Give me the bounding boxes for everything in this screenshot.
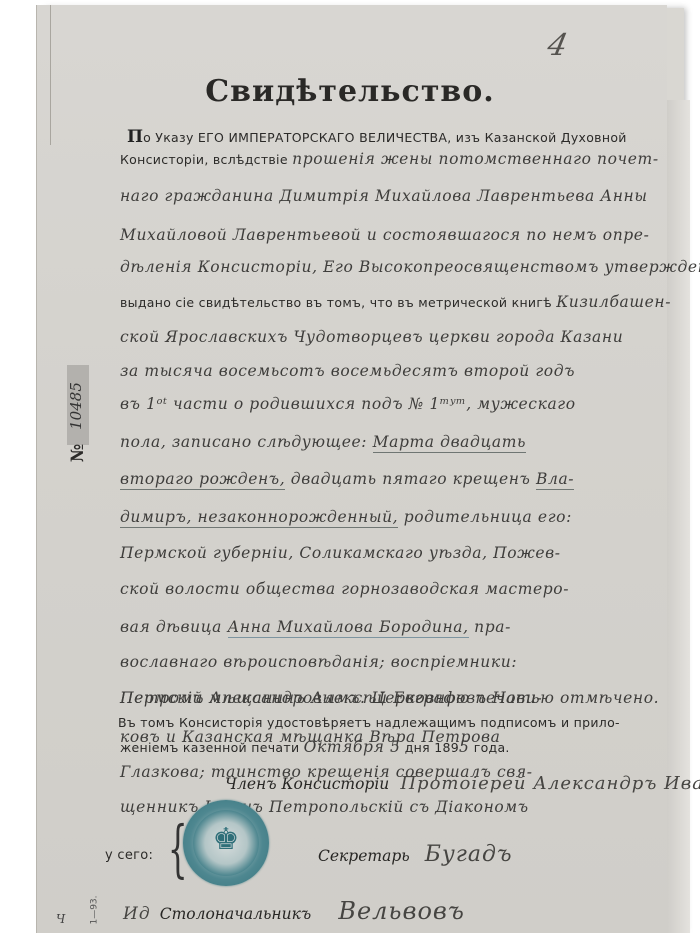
secretary-row: Секретарь Бугадъ (318, 842, 513, 867)
clerk-row: Ид Столоначальникъ Вельвовъ (123, 897, 465, 925)
printed-text: года. (469, 740, 509, 755)
consistory-member-row: Членъ Консисторіи Протоіерей Александръ … (225, 773, 700, 794)
text-line: вая дѣвица Анна Михайлова Бородина, пра- (120, 617, 511, 636)
document-title: Свидѣтельство. (0, 74, 700, 109)
consistory-member-label: Членъ Консисторіи (225, 775, 389, 793)
text-line: втораго рожденъ, двадцать пятаго крещенъ… (120, 469, 574, 488)
handwritten-text: Марта двадцать (373, 433, 526, 453)
text-line: ской волости общества горнозаводская мас… (120, 579, 569, 598)
secretary-label: Секретарь (318, 847, 410, 865)
registry-number-sign: № (68, 437, 88, 469)
consistory-seal: ♚ (183, 800, 269, 886)
text-line: въ 1ᵒᵗ части о родившихся подъ № 1ᵐʸᵐ, м… (120, 394, 576, 413)
text-line: Михайловой Лаврентьевой и состоявшагося … (120, 225, 649, 244)
handwritten-text: вославнаго вѣроисповѣданія; воспріемники… (120, 653, 517, 671)
handwritten-text: прошенія жены потомственнаго почет- (292, 150, 659, 168)
handwritten-text: Михайловой Лаврентьевой и состоявшагося … (120, 226, 649, 244)
clerk-prefix: Ид (123, 904, 151, 924)
text-line: дѣленія Консисторіи, Его Высокопреосвяще… (120, 257, 700, 276)
handwritten-text: вая дѣвица (120, 618, 228, 636)
double-headed-eagle-icon: ♚ (183, 822, 269, 857)
text-line: за тысяча восемьсотъ восемьдесятъ второй… (120, 361, 575, 380)
handwritten-text: 5 (459, 738, 469, 756)
handwritten-text: двадцать пятаго крещенъ (285, 470, 536, 488)
text-line: По Указу ЕГО ИМПЕРАТОРСКАГО ВЕЛИЧЕСТВА, … (127, 127, 627, 147)
printed-text: Въ томъ Консисторія удостовѣряетъ надлеж… (118, 715, 620, 730)
printed-text: П (127, 127, 143, 147)
handwritten-text: родительница его: (398, 508, 572, 526)
text-line: наго гражданина Димитрія Михайлова Лавре… (120, 186, 648, 205)
attest-label: у сего: (105, 848, 153, 863)
text-line: пола, записано слѣдующее: Марта двадцать (120, 432, 526, 451)
title-text: Свидѣтельство. (205, 74, 494, 109)
handwritten-text: Петромъ Александровымъ. Церковною печать… (120, 689, 659, 707)
text-line: Петромъ Александровымъ. Церковною печать… (120, 688, 659, 707)
text-line: димиръ, незаконнорожденный, родительница… (120, 507, 572, 526)
text-line: женіемъ казенной печати Октября 5 дня 18… (120, 737, 510, 756)
registry-number: 10485 (67, 376, 89, 436)
clerk-label: Столоначальникъ (160, 905, 312, 923)
margin-note: 1—93. (90, 895, 100, 924)
printed-text: выдано сіе свидѣтельство въ томъ, что въ… (120, 295, 556, 310)
clerk-signature: Вельвовъ (338, 897, 465, 925)
handwritten-text: за тысяча восемьсотъ восемьдесятъ второй… (120, 362, 575, 380)
handwritten-text: пола, записано слѣдующее: (120, 433, 373, 451)
text-line: вославнаго вѣроисповѣданія; воспріемники… (120, 652, 517, 671)
text-line: Консисторіи, вслѣдствіе прошенія жены по… (120, 149, 659, 168)
printed-text: Консисторіи, вслѣдствіе (120, 152, 292, 167)
margin-note-handwritten: Ч (56, 912, 65, 926)
handwritten-text: въ 1ᵒᵗ части о родившихся подъ № 1ᵐʸᵐ, м… (120, 395, 576, 413)
handwritten-text: ской Ярославскихъ Чудотворцевъ церкви го… (120, 328, 623, 346)
text-line: Въ томъ Консисторія удостовѣряетъ надлеж… (118, 712, 620, 731)
handwritten-text: Пермской губерніи, Соликамскаго уѣзда, П… (120, 544, 561, 562)
text-line: ской Ярославскихъ Чудотворцевъ церкви го… (120, 327, 623, 346)
consistory-member-signature: Протоіерей Александръ Ивановъ (400, 773, 700, 794)
text-line: Пермской губерніи, Соликамскаго уѣзда, П… (120, 543, 561, 562)
printed-text: дня 189 (400, 740, 459, 755)
printed-text: женіемъ казенной печати (120, 740, 304, 755)
handwritten-text: Кизилбашен- (556, 293, 671, 311)
handwritten-text: дѣленія Консисторіи, Его Высокопреосвяще… (120, 258, 700, 276)
handwritten-text: втораго рожденъ, (120, 470, 285, 490)
handwritten-text: наго гражданина Димитрія Михайлова Лавре… (120, 187, 648, 205)
text-line: выдано сіе свидѣтельство въ томъ, что въ… (120, 292, 671, 311)
handwritten-text: ской волости общества горнозаводская мас… (120, 580, 569, 598)
handwritten-text: Вла- (536, 470, 574, 490)
secretary-signature: Бугадъ (425, 842, 513, 867)
handwritten-text: пра- (469, 618, 511, 636)
handwritten-text: Октября 5 (304, 738, 401, 756)
handwritten-text: димиръ, незаконнорожденный, (120, 508, 398, 528)
handwritten-text: Анна Михайлова Бородина, (228, 618, 469, 638)
printed-text: о Указу ЕГО ИМПЕРАТОРСКАГО ВЕЛИЧЕСТВА, и… (143, 130, 627, 145)
